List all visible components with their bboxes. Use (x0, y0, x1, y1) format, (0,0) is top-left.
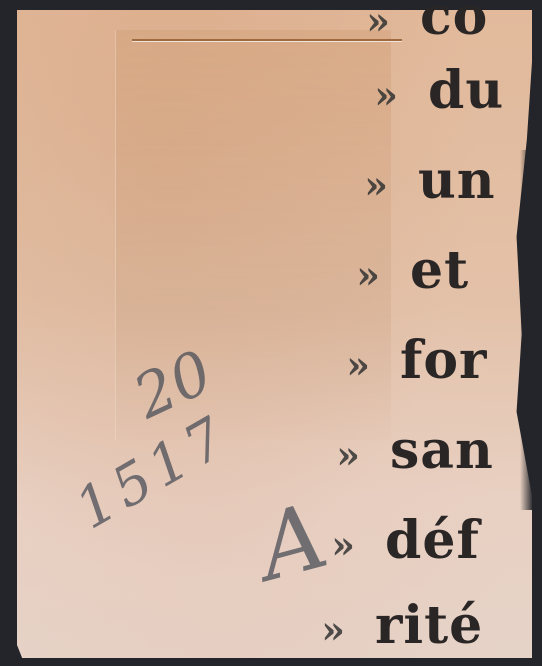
printed-word: du (428, 60, 504, 121)
printed-word: for (400, 330, 487, 391)
torn-right-edge (520, 150, 542, 510)
guillemet-glyph: » (340, 342, 370, 387)
guillemet-glyph: » (315, 607, 345, 652)
guillemet-glyph: » (360, 0, 390, 43)
print-line-5: » for (340, 330, 487, 391)
printed-word: rité (375, 595, 483, 656)
guillemet-glyph: » (368, 72, 398, 117)
guillemet-glyph: » (350, 252, 380, 297)
guillemet-glyph: » (330, 432, 360, 477)
print-line-3: » un (358, 150, 496, 211)
print-line-6: » san (330, 420, 494, 481)
print-line-1: » co (360, 0, 488, 47)
print-line-4: » et (350, 240, 469, 301)
printed-word: co (420, 0, 488, 47)
printed-word: et (410, 240, 469, 301)
printed-word: un (418, 150, 496, 211)
guillemet-glyph: » (358, 162, 388, 207)
printed-word: déf (385, 510, 480, 571)
printed-word: san (390, 420, 494, 481)
print-line-8: » rité (315, 595, 483, 656)
print-line-2: » du (368, 60, 504, 121)
print-line-7: » déf (325, 510, 480, 571)
